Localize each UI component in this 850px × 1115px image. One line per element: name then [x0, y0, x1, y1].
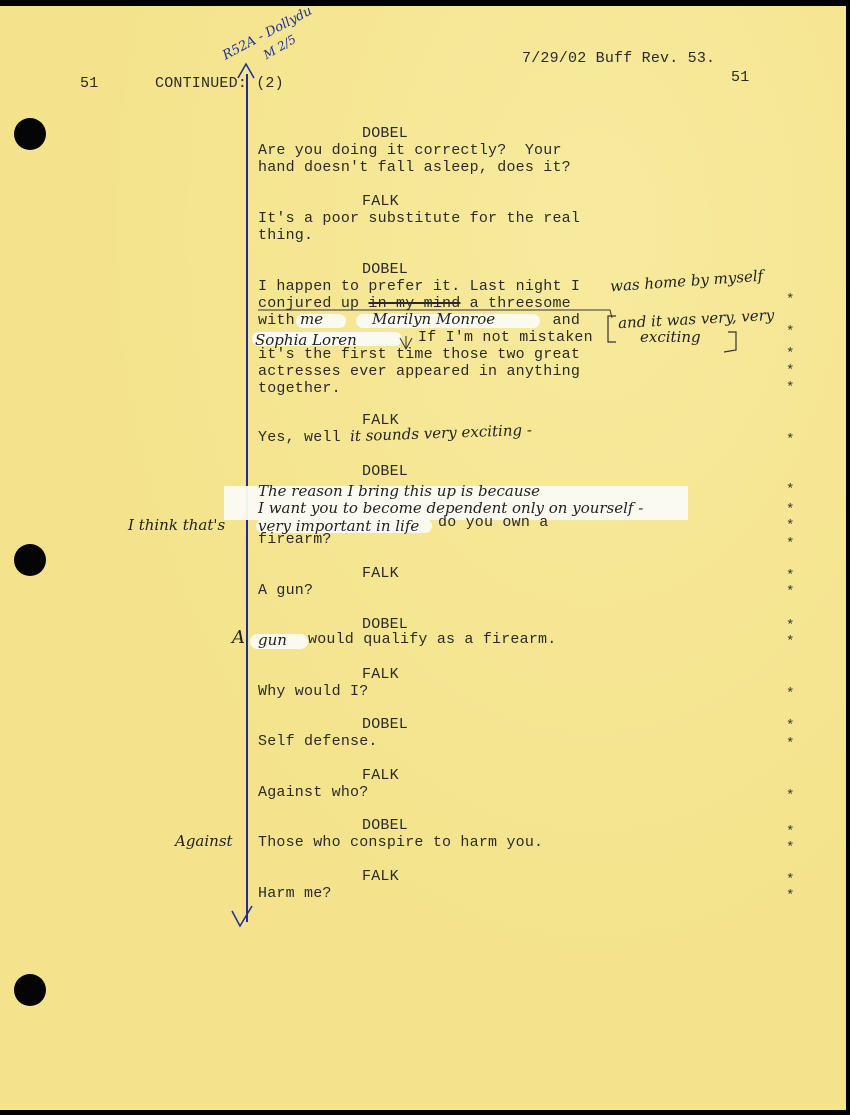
script-page: 51 CONTINUED: (2) 7/29/02 Buff Rev. 53. …	[0, 6, 846, 1110]
pen-marks	[0, 6, 846, 1110]
